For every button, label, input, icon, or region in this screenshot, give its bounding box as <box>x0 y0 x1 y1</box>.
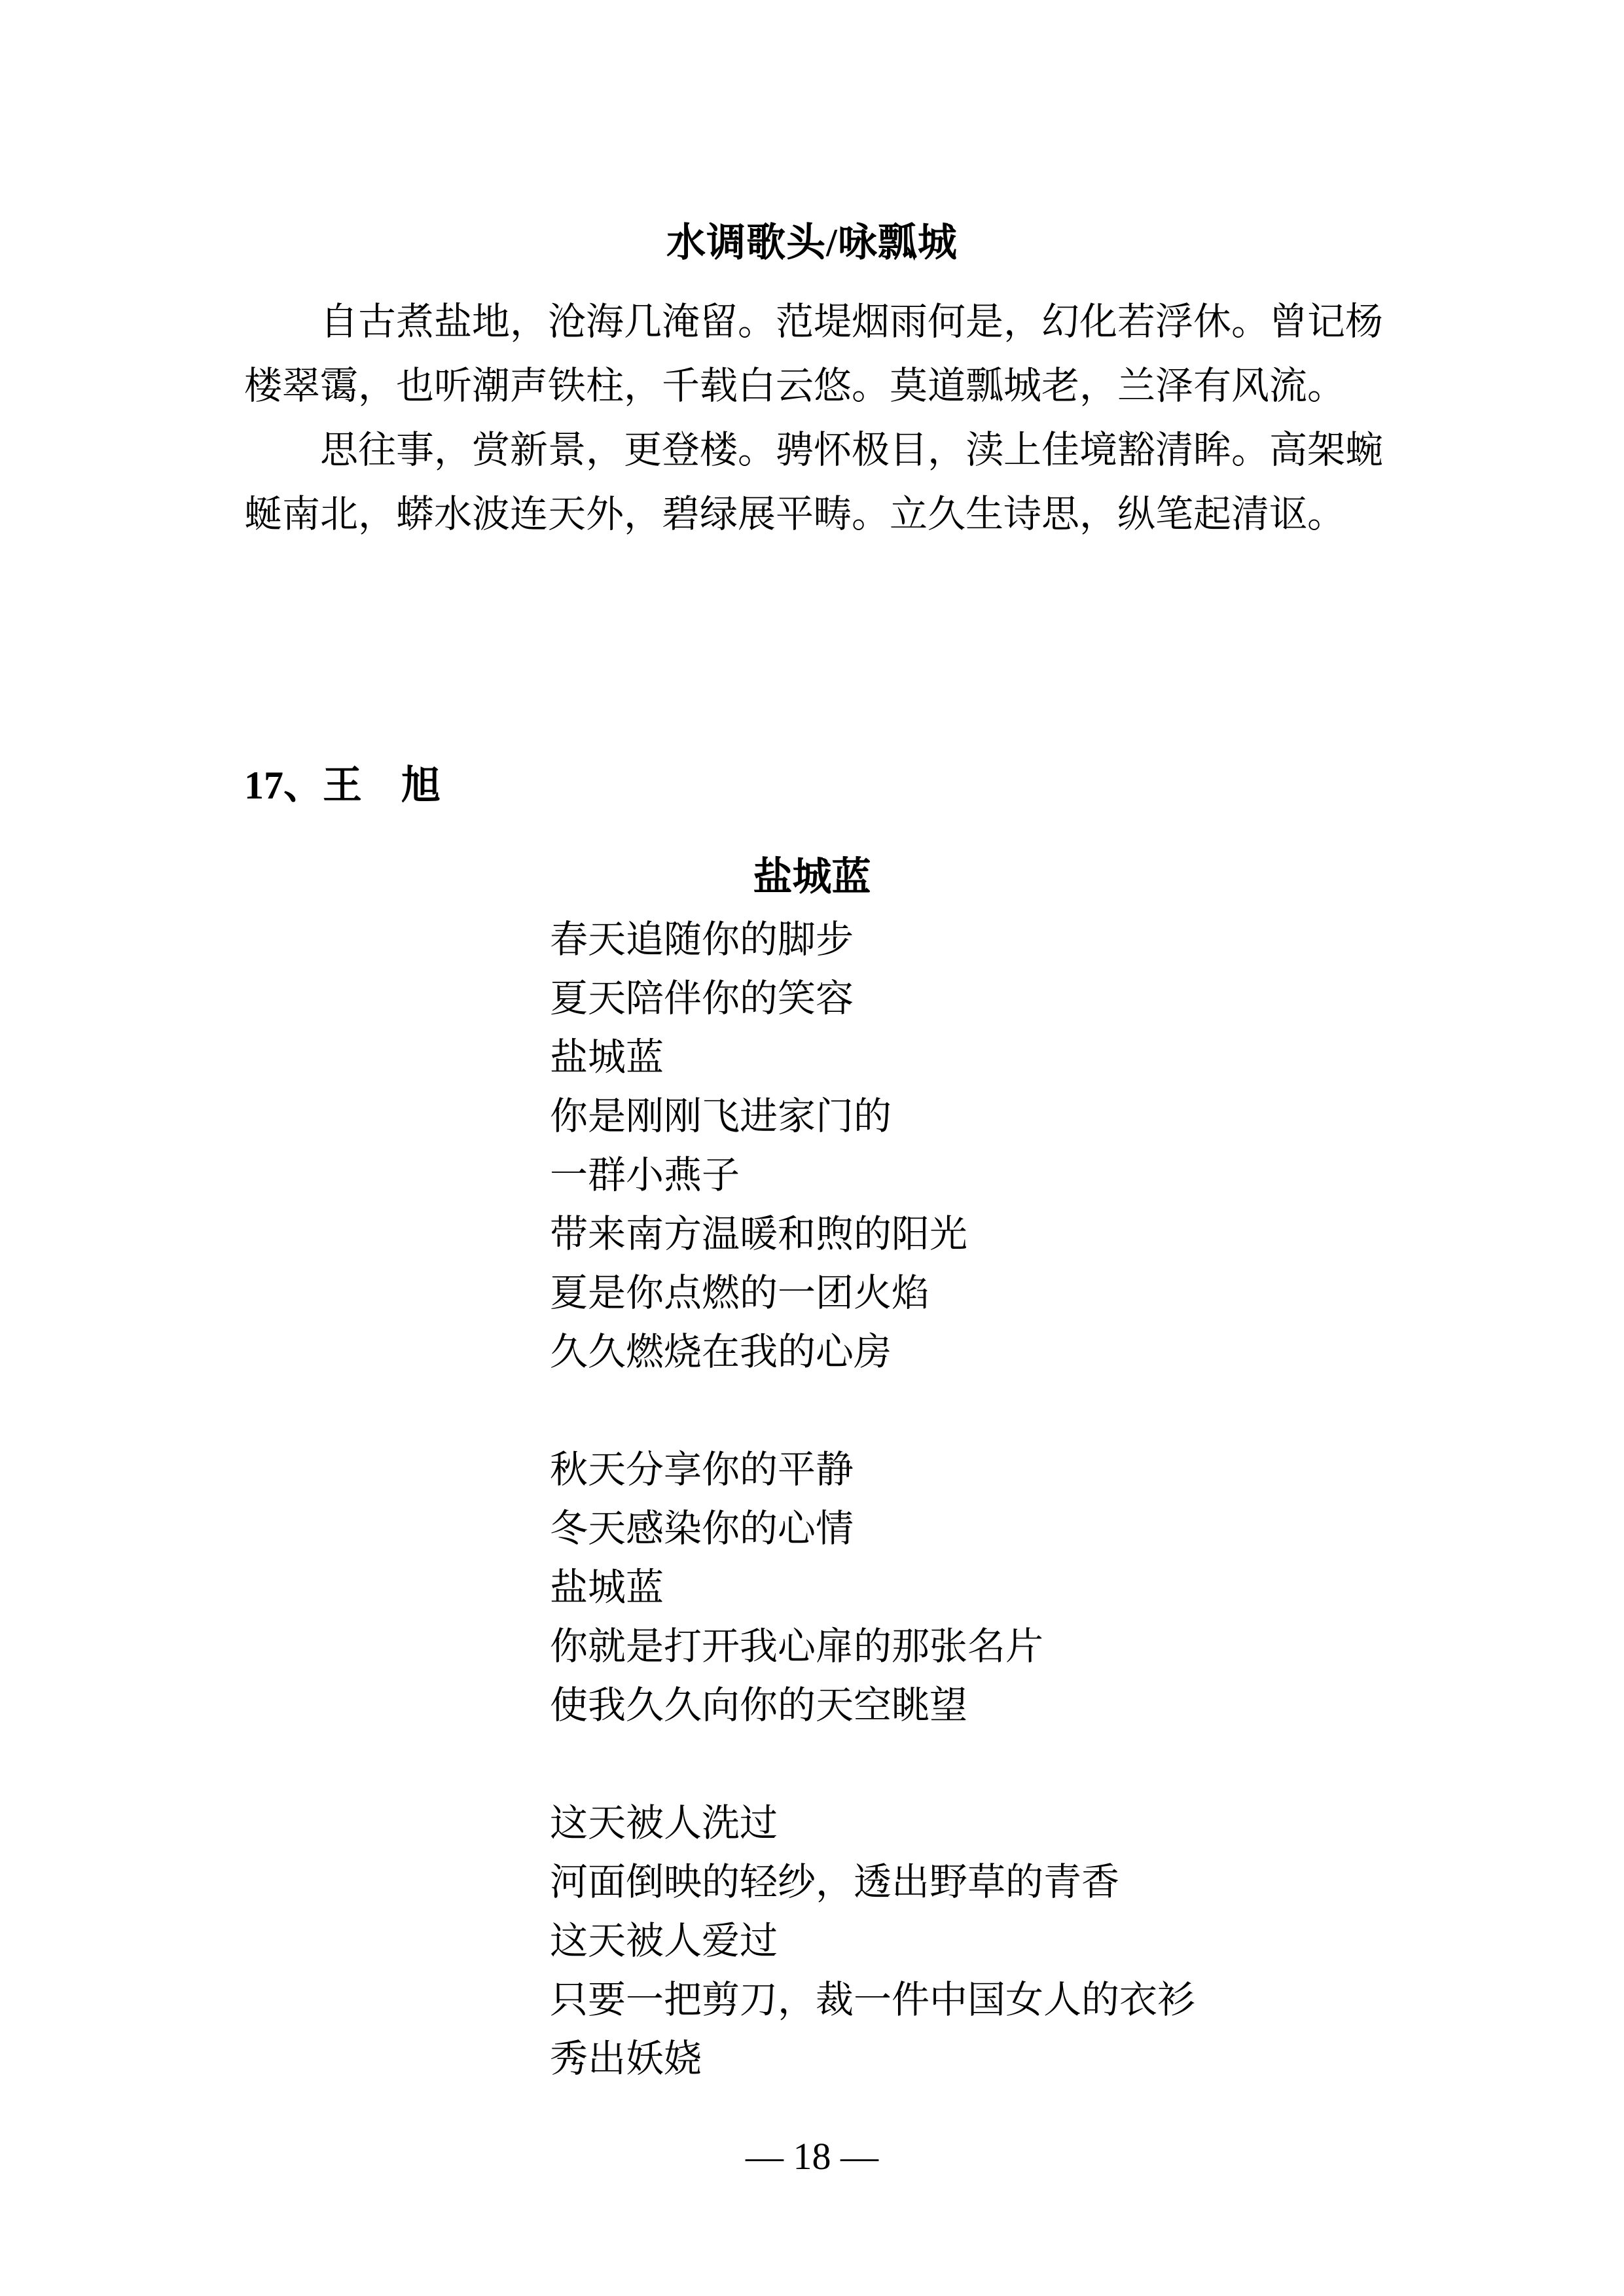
poem-line: 这天被人爱过 <box>550 1912 1195 1971</box>
document-page: 水调歌头/咏瓢城 自古煮盐地，沧海几淹留。范堤烟雨何是，幻化若浮休。曾记杨 楼翠… <box>0 0 1624 2296</box>
poem-line: 使我久久向你的天空眺望 <box>550 1676 1195 1735</box>
poem-line: 秀出妖娆 <box>550 2030 1195 2089</box>
poem-line: 一群小燕子 <box>550 1146 1195 1205</box>
poem-stanza: 秋天分享你的平静冬天感染你的心情盐城蓝你就是打开我心扉的那张名片使我久久向你的天… <box>550 1441 1195 1735</box>
poem-stanza: 这天被人洗过河面倒映的轻纱，透出野草的青香这天被人爱过只要一把剪刀，裁一件中国女… <box>550 1794 1195 2089</box>
ci-poem-body: 自古煮盐地，沧海几淹留。范堤烟雨何是，幻化若浮休。曾记杨 楼翠霭，也听潮声铁柱，… <box>244 290 1396 547</box>
poem-line: 你是刚刚飞进家门的 <box>550 1087 1195 1146</box>
poem-line: 这天被人洗过 <box>550 1794 1195 1853</box>
poem-line: 秋天分享你的平静 <box>550 1441 1195 1499</box>
poem-stanza: 春天追随你的脚步夏天陪伴你的笑容盐城蓝你是刚刚飞进家门的一群小燕子带来南方温暖和… <box>550 910 1195 1382</box>
poem-line: 河面倒映的轻纱，透出野草的青香 <box>550 1853 1195 1912</box>
poem-line: 久久燃烧在我的心房 <box>550 1323 1195 1382</box>
poem-line: 夏是你点燃的一团火焰 <box>550 1264 1195 1323</box>
poem-line: 盐城蓝 <box>550 1028 1195 1087</box>
poem-line: 盐城蓝 <box>550 1558 1195 1617</box>
poem-line: 带来南方温暖和煦的阳光 <box>550 1205 1195 1264</box>
ci-line: 楼翠霭，也听潮声铁柱，千载白云悠。莫道瓢城老，兰泽有风流。 <box>244 354 1396 418</box>
ci-line: 自古煮盐地，沧海几淹留。范堤烟雨何是，幻化若浮休。曾记杨 <box>244 290 1396 354</box>
poem-line: 夏天陪伴你的笑容 <box>550 969 1195 1028</box>
poem-line: 冬天感染你的心情 <box>550 1499 1195 1558</box>
page-number: — 18 — <box>0 2137 1624 2176</box>
poem-body: 春天追随你的脚步夏天陪伴你的笑容盐城蓝你是刚刚飞进家门的一群小燕子带来南方温暖和… <box>550 910 1195 2089</box>
poem-line: 春天追随你的脚步 <box>550 910 1195 969</box>
poem-line: 你就是打开我心扉的那张名片 <box>550 1617 1195 1676</box>
poem-line: 只要一把剪刀，裁一件中国女人的衣衫 <box>550 1971 1195 2030</box>
ci-line: 思往事，赏新景，更登楼。骋怀极目，渎上佳境豁清眸。高架蜿 <box>244 418 1396 482</box>
poem-title: 盐城蓝 <box>0 854 1624 900</box>
ci-poem-title: 水调歌头/咏瓢城 <box>0 220 1624 266</box>
ci-line: 蜒南北，蟒水波连天外，碧绿展平畴。立久生诗思，纵笔起清讴。 <box>244 482 1396 547</box>
author-section-heading: 17、王 旭 <box>244 762 441 808</box>
